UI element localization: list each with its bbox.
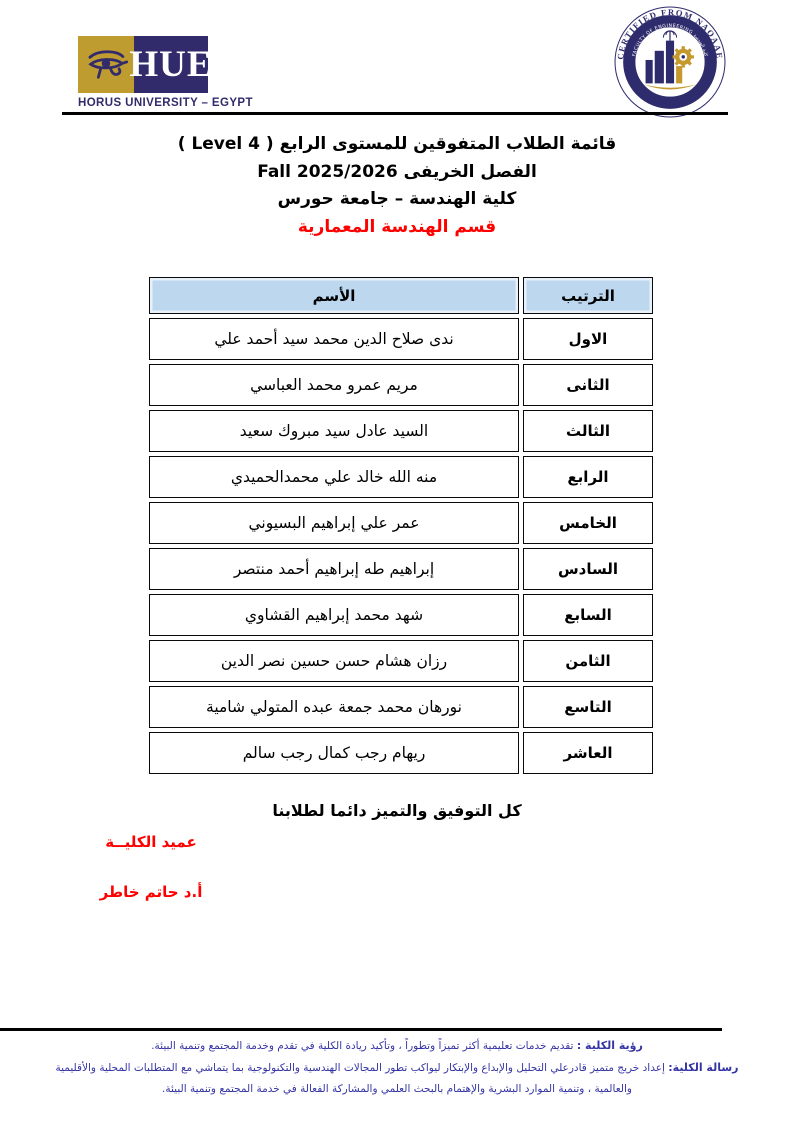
table-row: الاول ندى صلاح الدين محمد سيد أحمد علي (149, 318, 653, 360)
header-divider (62, 112, 728, 115)
department-title: قسم الهندسة المعمارية (0, 214, 794, 242)
certification-seal: CERTIFIED FROM NAQAAE معتمدة من الهيئة ا… (614, 6, 726, 122)
name-cell: إبراهيم طه إبراهيم أحمد منتصر (149, 548, 519, 590)
vision-label: رؤية الكلية : (577, 1039, 643, 1052)
table-row: الثامن رزان هشام حسن حسين نصر الدين (149, 640, 653, 682)
page-title: قائمة الطلاب المتفوقين للمستوى الرابع ( … (0, 131, 794, 159)
name-cell: السيد عادل سيد مبروك سعيد (149, 410, 519, 452)
dean-role: عميد الكليــة (86, 833, 216, 851)
name-cell: عمر علي إبراهيم البسيوني (149, 502, 519, 544)
table-row: العاشر ريهام رجب كمال رجب سالم (149, 732, 653, 774)
closing-message: كل التوفيق والتميز دائما لطلابنا (0, 801, 794, 820)
name-cell: شهد محمد إبراهيم القشاوي (149, 594, 519, 636)
name-cell: ندى صلاح الدين محمد سيد أحمد علي (149, 318, 519, 360)
table-row: الثالث السيد عادل سيد مبروك سعيد (149, 410, 653, 452)
rank-cell: التاسع (523, 686, 653, 728)
table-row: الخامس عمر علي إبراهيم البسيوني (149, 502, 653, 544)
table-row: الثانى مريم عمرو محمد العباسي (149, 364, 653, 406)
eye-of-horus-icon (78, 36, 134, 93)
rank-cell: الثانى (523, 364, 653, 406)
faculty-mission: رسالة الكلية: إعداد خريج متميز قادرعلي ا… (40, 1057, 754, 1100)
rank-cell: السابع (523, 594, 653, 636)
rank-cell: الثالث (523, 410, 653, 452)
rank-cell: الاول (523, 318, 653, 360)
logo-abbreviation: HUE (134, 36, 208, 93)
title-block: قائمة الطلاب المتفوقين للمستوى الرابع ( … (0, 131, 794, 241)
rank-cell: السادس (523, 548, 653, 590)
faculty-vision: رؤية الكلية : تقديم خدمات تعليمية أكثر ت… (40, 1035, 754, 1057)
mission-text: إعداد خريج متميز قادرعلي التحليل والإبدا… (55, 1062, 668, 1095)
document-page: HUE HORUS UNIVERSITY – EGYPT CERTIFIED F… (0, 0, 794, 1123)
name-cell: نورهان محمد جمعة عبده المتولي شامية (149, 686, 519, 728)
table-row: التاسع نورهان محمد جمعة عبده المتولي شام… (149, 686, 653, 728)
mission-label: رسالة الكلية: (668, 1061, 738, 1074)
name-cell: ريهام رجب كمال رجب سالم (149, 732, 519, 774)
name-cell: منه الله خالد علي محمدالحميدي (149, 456, 519, 498)
faculty-title: كلية الهندسة – جامعة حورس (0, 186, 794, 214)
table-row: السادس إبراهيم طه إبراهيم أحمد منتصر (149, 548, 653, 590)
table-row: الرابع منه الله خالد علي محمدالحميدي (149, 456, 653, 498)
table-header-row: الترتيب الأسم (149, 277, 653, 314)
rank-cell: الرابع (523, 456, 653, 498)
rank-cell: الثامن (523, 640, 653, 682)
name-column-header: الأسم (149, 277, 519, 314)
rank-cell: الخامس (523, 502, 653, 544)
signature-block: عميد الكليــة أ.د حاتم خاطر (86, 833, 216, 901)
rank-column-header: الترتيب (523, 277, 653, 314)
vision-text: تقديم خدمات تعليمية أكثر تميزاً وتطوراً … (151, 1040, 577, 1052)
semester-title: الفصل الخريفى Fall 2025/2026 (0, 159, 794, 187)
table-row: السابع شهد محمد إبراهيم القشاوي (149, 594, 653, 636)
name-cell: رزان هشام حسن حسين نصر الدين (149, 640, 519, 682)
top-students-table: الترتيب الأسم الاول ندى صلاح الدين محمد … (145, 273, 657, 778)
name-cell: مريم عمرو محمد العباسي (149, 364, 519, 406)
logo-caption: HORUS UNIVERSITY – EGYPT (78, 97, 253, 109)
rank-cell: العاشر (523, 732, 653, 774)
footer-block: رؤية الكلية : تقديم خدمات تعليمية أكثر ت… (40, 1035, 754, 1100)
footer-divider (0, 1028, 722, 1031)
dean-name: أ.د حاتم خاطر (86, 883, 216, 901)
university-logo: HUE HORUS UNIVERSITY – EGYPT (78, 36, 253, 109)
